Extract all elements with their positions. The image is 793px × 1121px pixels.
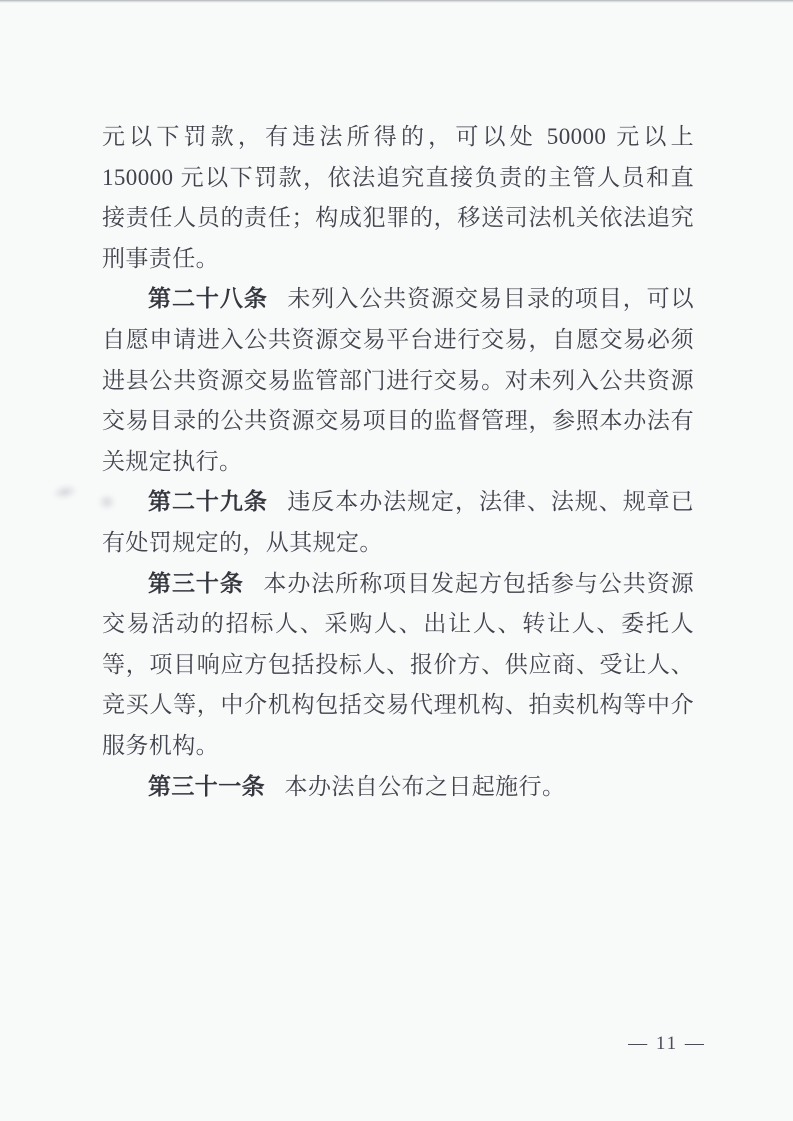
scan-edge-artifact xyxy=(0,0,793,3)
paragraph-article-30: 第三十条本办法所称项目发起方包括参与公共资源交易活动的招标人、采购人、出让人、转… xyxy=(102,564,694,767)
article-30-heading: 第三十条 xyxy=(148,571,244,596)
paragraph-text: 元以下罚款，有违法所得的，可以处 50000 元以上 150000 元以下罚款，… xyxy=(102,124,694,271)
paragraph-article-31: 第三十一条本办法自公布之日起施行。 xyxy=(102,767,694,808)
article-31-heading: 第三十一条 xyxy=(148,774,265,799)
ink-smudge xyxy=(51,482,79,501)
page-number: — 11 — xyxy=(592,1033,742,1055)
document-page: 元以下罚款，有违法所得的，可以处 50000 元以上 150000 元以下罚款，… xyxy=(102,117,694,807)
paragraph-text: 未列入公共资源交易目录的项目，可以自愿申请进入公共资源交易平台进行交易，自愿交易… xyxy=(102,286,694,473)
paragraph-text: 本办法所称项目发起方包括参与公共资源交易活动的招标人、采购人、出让人、转让人、委… xyxy=(102,571,694,758)
paragraph-article-29: 第二十九条违反本办法规定，法律、法规、规章已有处罚规定的，从其规定。 xyxy=(102,482,694,563)
paragraph-text: 本办法自公布之日起施行。 xyxy=(285,774,566,799)
article-29-heading: 第二十九条 xyxy=(148,489,268,514)
paragraph-article-27-continuation: 元以下罚款，有违法所得的，可以处 50000 元以上 150000 元以下罚款，… xyxy=(102,117,694,279)
article-28-heading: 第二十八条 xyxy=(148,286,268,311)
paragraph-article-28: 第二十八条未列入公共资源交易目录的项目，可以自愿申请进入公共资源交易平台进行交易… xyxy=(102,279,694,482)
